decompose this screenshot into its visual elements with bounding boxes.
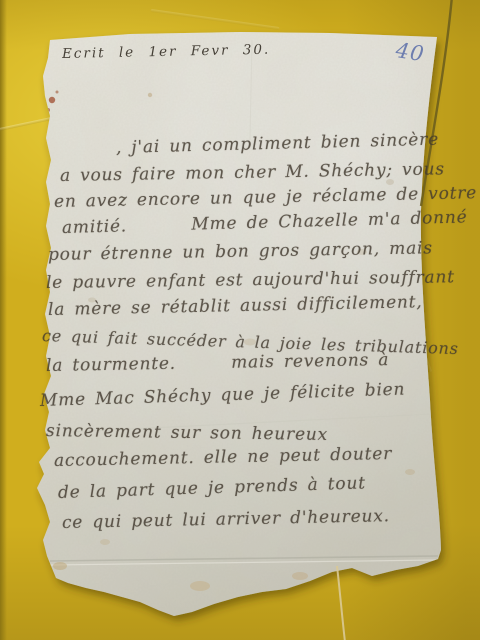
letter-header-date: Ecrit le 1er Fevr 30. (62, 42, 271, 62)
letter-line: , j'ai un compliment bien sincère (116, 130, 439, 158)
letter-line: pour étrenne un bon gros garçon, mais (48, 238, 433, 265)
letter-line: la tourmente. mais revenons à (46, 350, 390, 376)
letter-line: de la part que je prends à tout (58, 473, 366, 503)
letter-line: sincèrement sur son heureux (46, 421, 328, 445)
letter-line: le pauvre enfant est aujourd'hui souffra… (46, 267, 455, 293)
letter-line: accouchement. elle ne peut douter (54, 444, 392, 471)
page-number-annotation: 40 (394, 38, 426, 66)
letter-line: ce qui peut lui arriver d'heureux. (62, 506, 390, 533)
photo-scene: Ecrit le 1er Fevr 30. 40 , j'ai un compl… (0, 0, 480, 640)
letter-line: amitié. Mme de Chazelle m'a donné (62, 207, 468, 238)
handwriting-layer: Ecrit le 1er Fevr 30. 40 , j'ai un compl… (0, 0, 480, 640)
letter-line: a vous faire mon cher M. Shéchy; vous (60, 159, 445, 186)
letter-line: la mère se rétablit aussi difficilement, (48, 292, 423, 320)
letter-line: Mme Mac Shéchy que je félicite bien (40, 380, 406, 411)
letter-line: en avez encore un que je réclame de votr… (54, 183, 477, 212)
